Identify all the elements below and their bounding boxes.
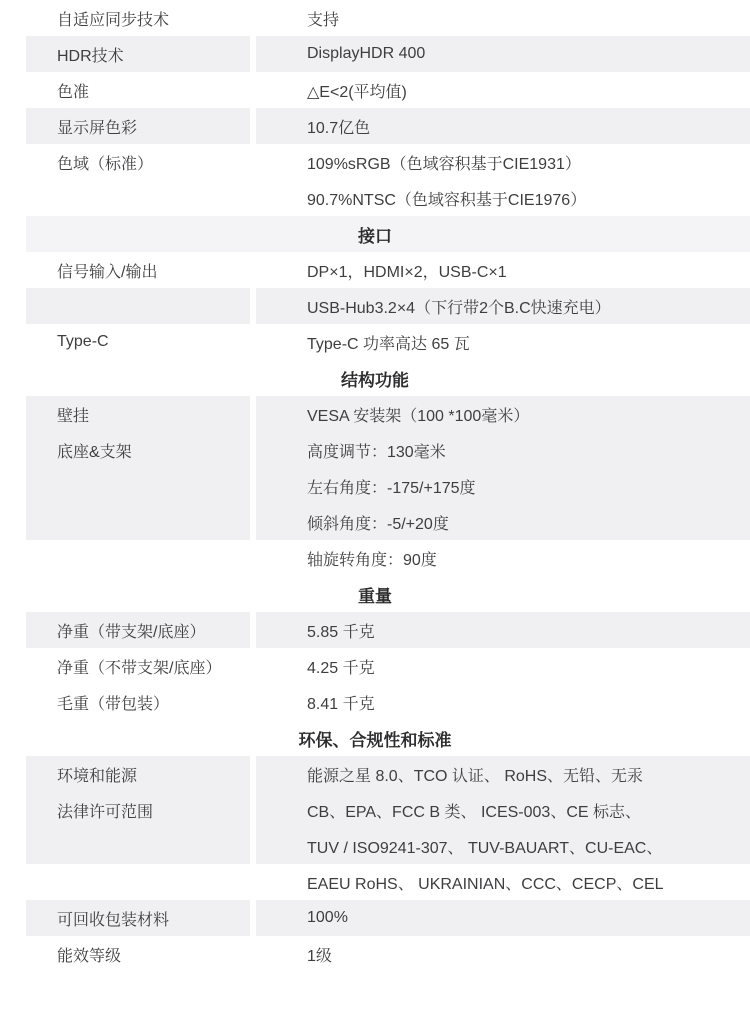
spec-row: 左右角度：-175/+175度 [0,468,750,504]
section-header-band: 环保、合规性和标准 [26,720,750,756]
section-header-row: 重量 [0,576,750,612]
row-label: 色准 [57,79,89,102]
row-label: Type-C [57,333,109,351]
row-value-cell: VESA 安装架（100 *100毫米） [256,396,750,432]
row-value-cell: 支持 [256,0,750,36]
row-value-cell: 能源之星 8.0、TCO 认证、 RoHS、无铅、无汞 [256,756,750,792]
row-label-cell: 信号输入/输出 [26,252,250,288]
row-value: TUV / ISO9241-307、 TUV-BAUART、CU-EAC、 [307,835,662,858]
row-value: 左右角度：-175/+175度 [307,475,476,498]
row-label: 色域（标准） [57,151,153,174]
row-value: 10.7亿色 [307,115,370,138]
spec-row: 毛重（带包装）8.41 千克 [0,684,750,720]
section-title: 接口 [358,222,392,247]
row-value: 能源之星 8.0、TCO 认证、 RoHS、无铅、无汞 [307,763,643,786]
row-label: 净重（带支架/底座） [57,619,205,642]
row-value-cell: 高度调节：130毫米 [256,432,750,468]
row-value-cell: DP×1，HDMI×2，USB-C×1 [256,252,750,288]
section-header-band: 接口 [26,216,750,252]
row-value-cell: 4.25 千克 [256,648,750,684]
row-value: 100% [307,909,348,927]
row-label: 信号输入/输出 [57,259,157,282]
row-value: 4.25 千克 [307,655,375,678]
row-label-cell [26,288,250,324]
row-label-cell: 色准 [26,72,250,108]
spec-row: 底座&支架高度调节：130毫米 [0,432,750,468]
spec-row: 90.7%NTSC（色域容积基于CIE1976） [0,180,750,216]
spec-row: 法律许可范围CB、EPA、FCC B 类、 ICES-003、CE 标志、 [0,792,750,828]
row-value-cell: 1级 [256,936,750,972]
row-label: 环境和能源 [57,763,137,786]
spec-table: 自适应同步技术支持HDR技术DisplayHDR 400色准△E<2(平均值)显… [0,0,750,972]
row-label: HDR技术 [57,43,124,66]
spec-row: HDR技术DisplayHDR 400 [0,36,750,72]
row-label-cell [26,864,250,900]
spec-row: TUV / ISO9241-307、 TUV-BAUART、CU-EAC、 [0,828,750,864]
row-value: Type-C 功率高达 65 瓦 [307,331,470,354]
row-label: 自适应同步技术 [57,7,169,30]
row-value: DisplayHDR 400 [307,45,425,63]
product-spec-page: 自适应同步技术支持HDR技术DisplayHDR 400色准△E<2(平均值)显… [0,0,750,1029]
row-label-cell: 毛重（带包装） [26,684,250,720]
spec-row: EAEU RoHS、 UKRAINIAN、CCC、CECP、CEL [0,864,750,900]
row-value: 8.41 千克 [307,691,375,714]
row-label-cell: 可回收包装材料 [26,900,250,936]
row-value: CB、EPA、FCC B 类、 ICES-003、CE 标志、 [307,799,641,822]
row-label-cell: 底座&支架 [26,432,250,468]
spec-row: 信号输入/输出DP×1，HDMI×2，USB-C×1 [0,252,750,288]
spec-row: 自适应同步技术支持 [0,0,750,36]
section-title: 结构功能 [341,366,409,391]
row-value-cell: 100% [256,900,750,936]
row-value: 倾斜角度：-5/+20度 [307,511,449,534]
row-value-cell: 10.7亿色 [256,108,750,144]
section-title: 环保、合规性和标准 [299,726,452,751]
row-label-cell [26,468,250,504]
spec-row: 色准△E<2(平均值) [0,72,750,108]
row-label: 毛重（带包装） [57,691,169,714]
row-label: 显示屏色彩 [57,115,137,138]
row-value-cell: 5.85 千克 [256,612,750,648]
row-value-cell: 左右角度：-175/+175度 [256,468,750,504]
row-label-cell: 净重（带支架/底座） [26,612,250,648]
row-value: 90.7%NTSC（色域容积基于CIE1976） [307,187,586,210]
spec-row: 净重（带支架/底座）5.85 千克 [0,612,750,648]
row-value-cell: 109%sRGB（色域容积基于CIE1931） [256,144,750,180]
row-value-cell: EAEU RoHS、 UKRAINIAN、CCC、CECP、CEL [256,864,750,900]
row-label-cell: 自适应同步技术 [26,0,250,36]
section-header-row: 结构功能 [0,360,750,396]
spec-row: 环境和能源能源之星 8.0、TCO 认证、 RoHS、无铅、无汞 [0,756,750,792]
spec-row: 显示屏色彩10.7亿色 [0,108,750,144]
row-value-cell: TUV / ISO9241-307、 TUV-BAUART、CU-EAC、 [256,828,750,864]
row-value: 高度调节：130毫米 [307,439,446,462]
row-label-cell: 能效等级 [26,936,250,972]
row-value-cell: 倾斜角度：-5/+20度 [256,504,750,540]
row-label-cell: 壁挂 [26,396,250,432]
spec-row: 色域（标准）109%sRGB（色域容积基于CIE1931） [0,144,750,180]
row-value-cell: DisplayHDR 400 [256,36,750,72]
row-value: 支持 [307,7,339,30]
row-value: EAEU RoHS、 UKRAINIAN、CCC、CECP、CEL [307,871,664,894]
row-value-cell: USB-Hub3.2×4（下行带2个B.C快速充电） [256,288,750,324]
row-label-cell: 环境和能源 [26,756,250,792]
row-label-cell [26,828,250,864]
row-value-cell: 90.7%NTSC（色域容积基于CIE1976） [256,180,750,216]
section-title: 重量 [358,582,392,607]
row-value: USB-Hub3.2×4（下行带2个B.C快速充电） [307,295,611,318]
spec-row: 净重（不带支架/底座）4.25 千克 [0,648,750,684]
row-value: 1级 [307,943,332,966]
row-label-cell: 色域（标准） [26,144,250,180]
spec-row: 倾斜角度：-5/+20度 [0,504,750,540]
row-label: 壁挂 [57,403,89,426]
row-label-cell: 显示屏色彩 [26,108,250,144]
section-header-band: 结构功能 [26,360,750,396]
row-label: 底座&支架 [57,439,132,462]
row-label-cell [26,504,250,540]
spec-row: 可回收包装材料100% [0,900,750,936]
row-value: 轴旋转角度：90度 [307,547,437,570]
row-label: 能效等级 [57,943,121,966]
row-label-cell: 法律许可范围 [26,792,250,828]
row-value-cell: 8.41 千克 [256,684,750,720]
row-value-cell: CB、EPA、FCC B 类、 ICES-003、CE 标志、 [256,792,750,828]
row-label-cell: 净重（不带支架/底座） [26,648,250,684]
row-value-cell: Type-C 功率高达 65 瓦 [256,324,750,360]
row-value-cell: 轴旋转角度：90度 [256,540,750,576]
row-label-cell: HDR技术 [26,36,250,72]
spec-row: USB-Hub3.2×4（下行带2个B.C快速充电） [0,288,750,324]
row-value: 109%sRGB（色域容积基于CIE1931） [307,151,581,174]
row-label: 法律许可范围 [57,799,153,822]
row-value: △E<2(平均值) [307,79,407,102]
spec-row: Type-CType-C 功率高达 65 瓦 [0,324,750,360]
row-label: 可回收包装材料 [57,907,169,930]
row-value-cell: △E<2(平均值) [256,72,750,108]
row-value: 5.85 千克 [307,619,375,642]
row-label-cell: Type-C [26,324,250,360]
section-header-row: 接口 [0,216,750,252]
row-value: VESA 安装架（100 *100毫米） [307,403,529,426]
row-label-cell [26,540,250,576]
row-label-cell [26,180,250,216]
spec-row: 壁挂VESA 安装架（100 *100毫米） [0,396,750,432]
row-label: 净重（不带支架/底座） [57,655,221,678]
section-header-band: 重量 [26,576,750,612]
spec-row: 能效等级1级 [0,936,750,972]
spec-row: 轴旋转角度：90度 [0,540,750,576]
row-value: DP×1，HDMI×2，USB-C×1 [307,259,507,282]
section-header-row: 环保、合规性和标准 [0,720,750,756]
